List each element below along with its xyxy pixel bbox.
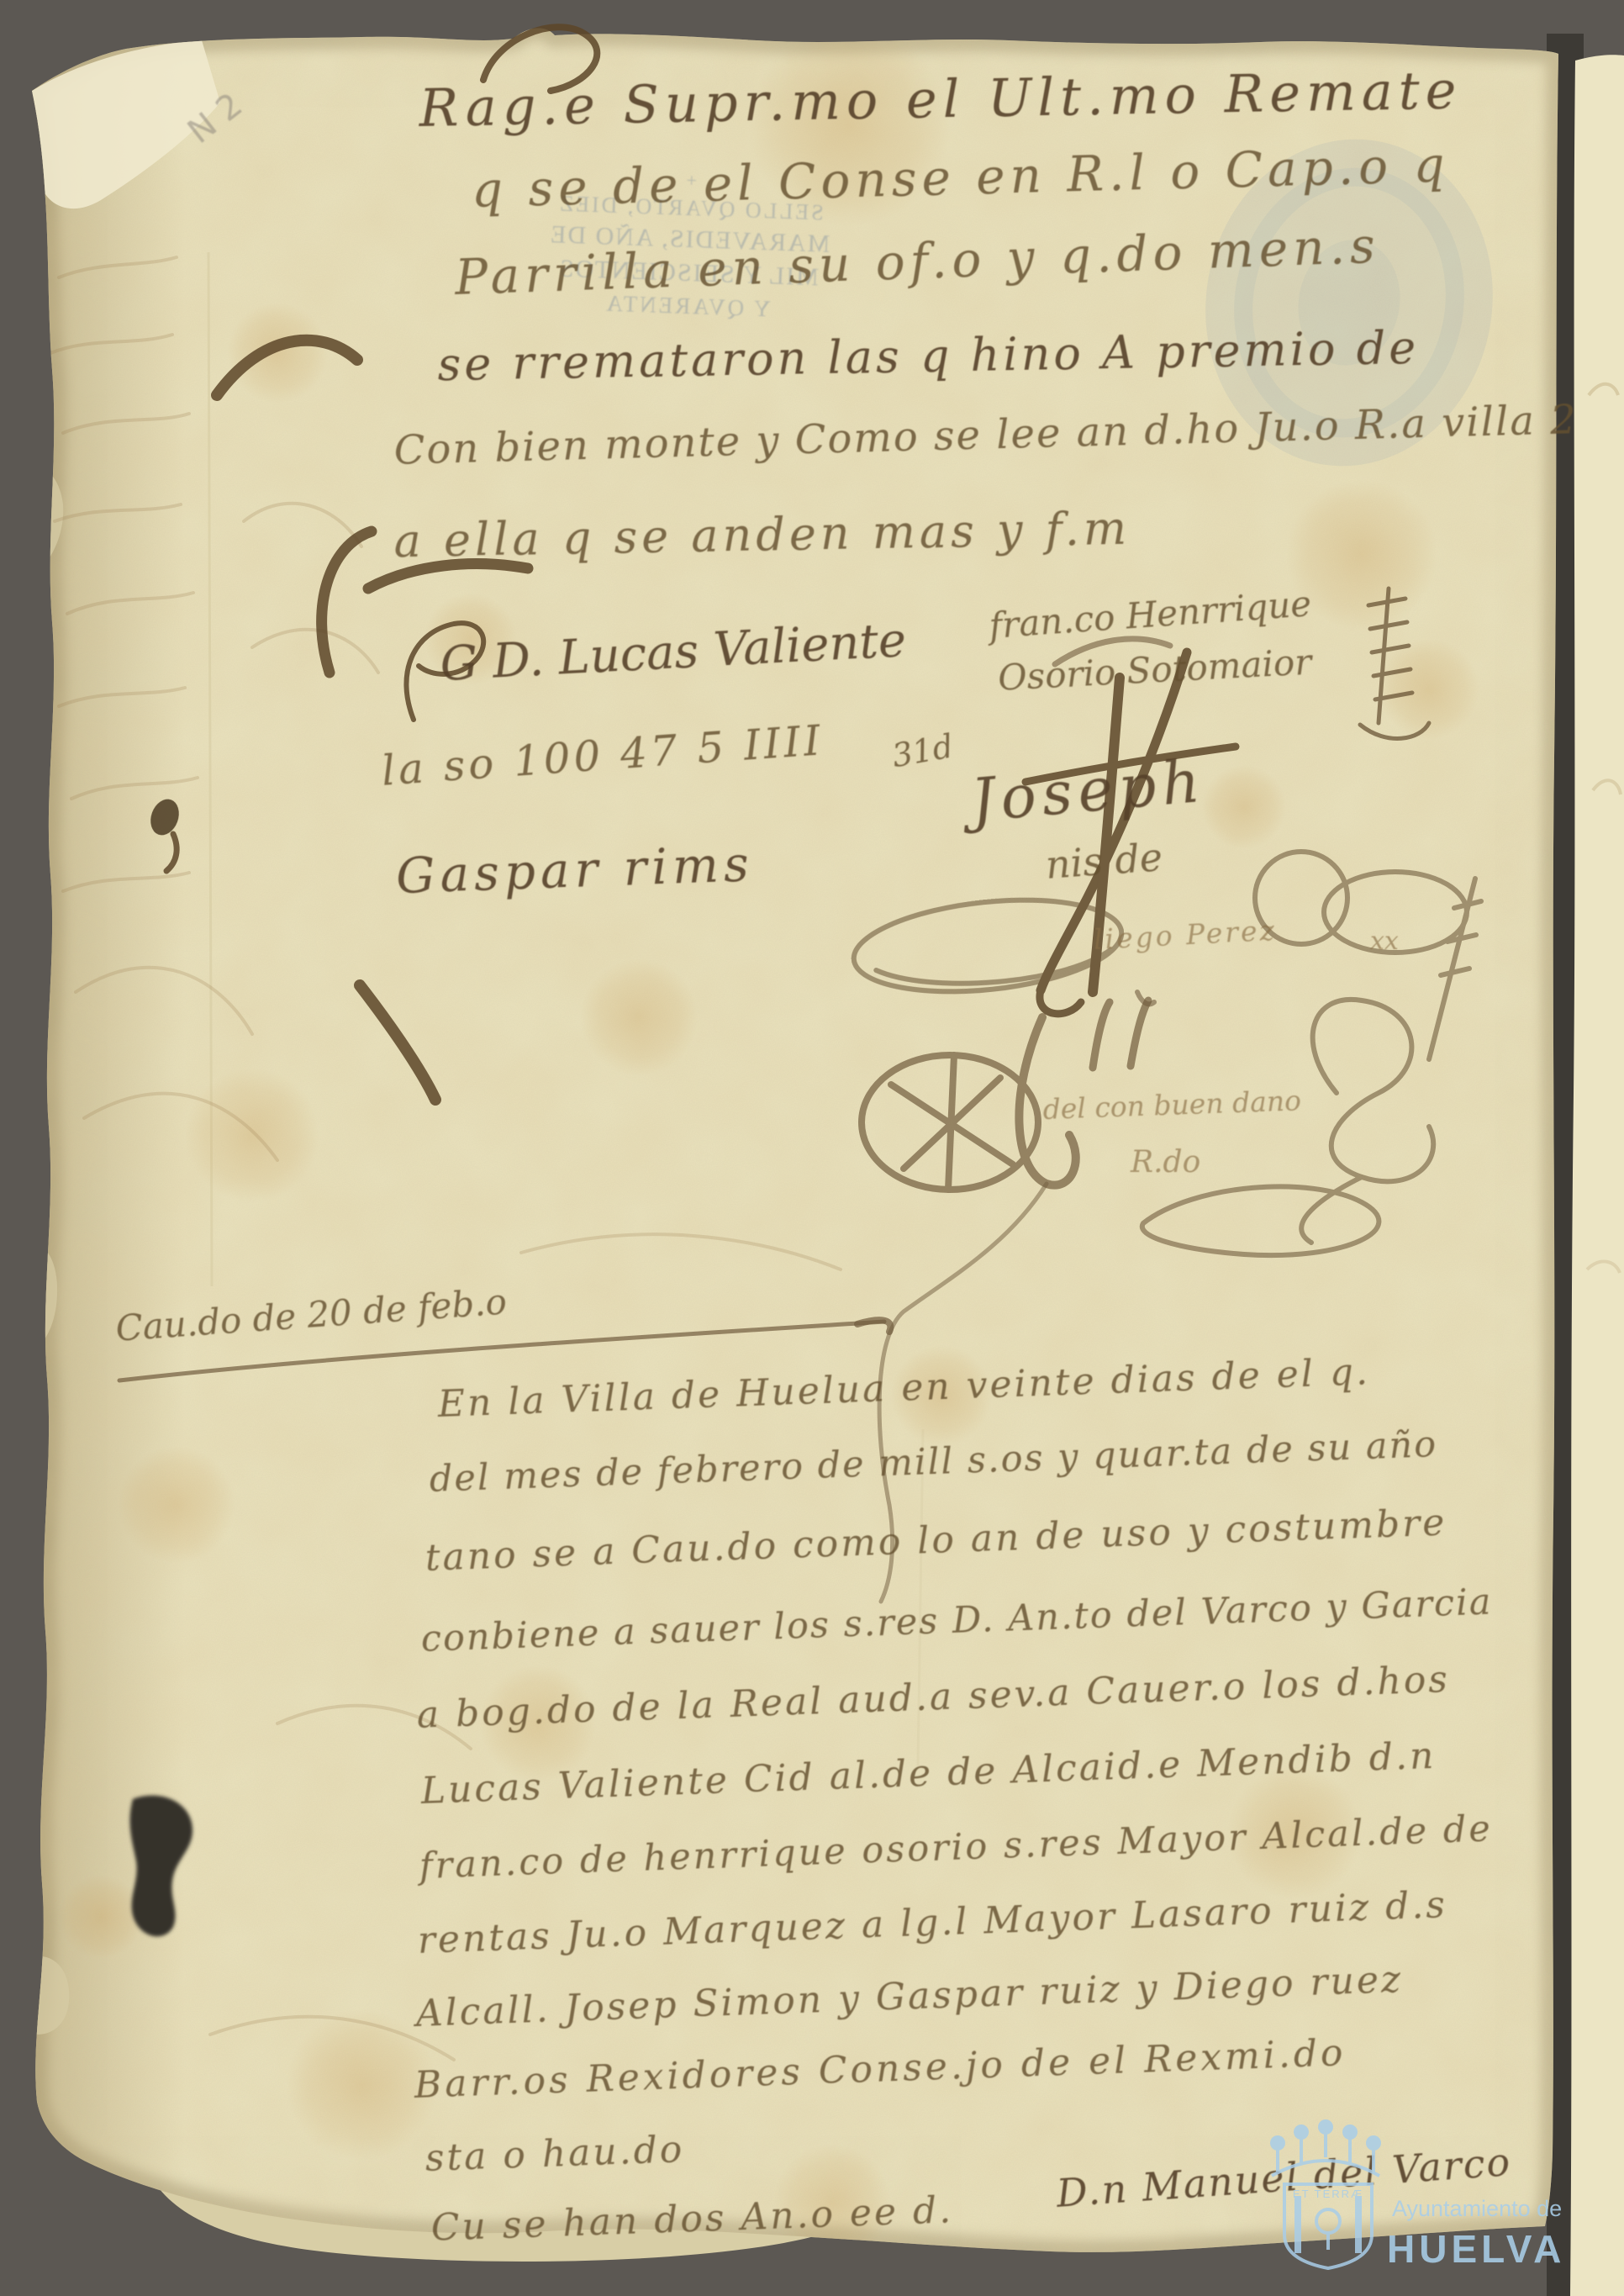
decorative-stroke [580, 958, 698, 1076]
decorative-stroke [1202, 765, 1286, 849]
body-line: sta o hau.do [424, 2128, 685, 2180]
decorative-stroke [118, 1446, 235, 1564]
signature-joseph-line2: nis de [1044, 834, 1164, 888]
x-marks: xx [1370, 926, 1399, 956]
watermark-city-name: HUELVA [1387, 2226, 1565, 2272]
manuscript-scan: + SELLO QVARTO, DIEZ MARAVEDIS, AÑO DE M… [0, 0, 1624, 2296]
decorative-stroke [185, 1068, 319, 1202]
watermark-org-name: Ayuntamiento de [1392, 2196, 1562, 2222]
rubric-caption-line2: R.do [1131, 1145, 1200, 1180]
decorative-stroke [59, 1875, 143, 1959]
decorative-stroke [227, 303, 328, 404]
